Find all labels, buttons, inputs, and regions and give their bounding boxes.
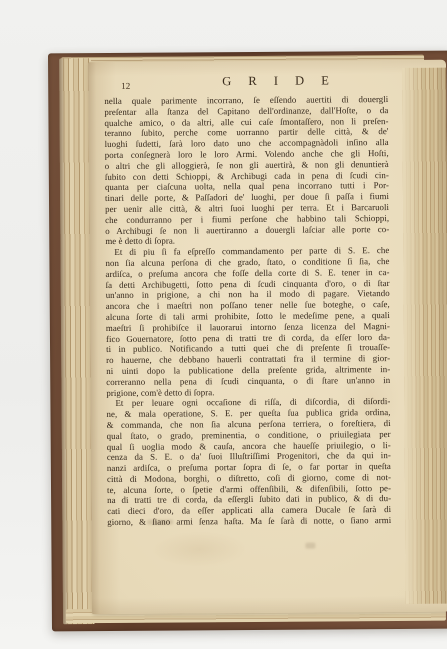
book: 12 G R I D E nella quale parimente incor… [48, 51, 447, 632]
paragraph: Et di piu ſi fa eſpreſſo commandamento p… [105, 245, 390, 398]
paper-stain [151, 531, 246, 568]
body-text: nella quale parimente incorrano, ſe eſſe… [104, 94, 391, 528]
page-header: 12 G R I D E [104, 73, 388, 96]
photo-backdrop: 12 G R I D E nella quale parimente incor… [0, 0, 447, 649]
paragraph: Et per leuare ogni occaſione di riſſa, d… [106, 396, 391, 528]
ink-bleedthrough-mark [305, 543, 315, 549]
book-page: 12 G R I D E nella quale parimente incor… [88, 60, 447, 614]
paragraph: nella quale parimente incorrano, ſe eſſe… [104, 94, 389, 247]
running-title: G R I D E [222, 73, 336, 89]
text-line: correranno nella pena di ſcudi cinquanta… [106, 375, 390, 388]
fore-edge-pages [402, 68, 447, 604]
text-block: 12 G R I D E nella quale parimente incor… [104, 73, 391, 528]
text-line: giorno, & ſiano armi ſenza haſta. Ma ſe … [107, 515, 391, 528]
page-number: 12 [121, 81, 130, 91]
